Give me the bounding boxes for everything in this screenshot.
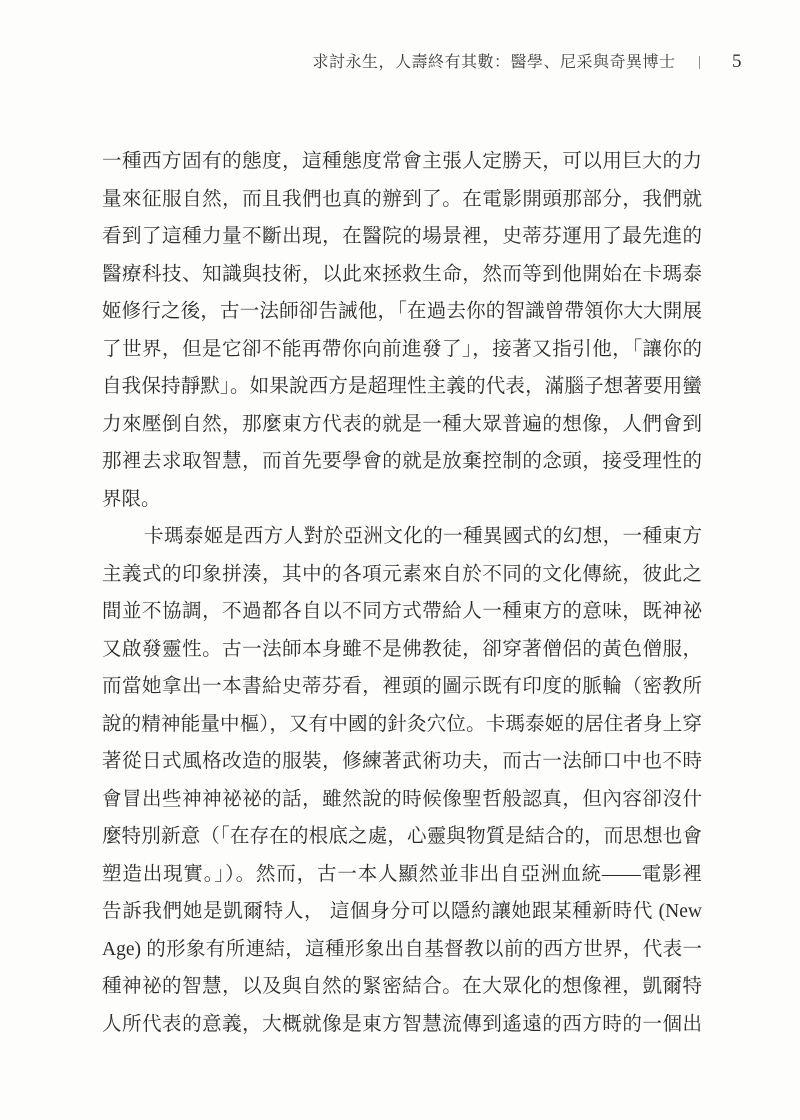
text-line: 力來壓倒自然，那麼東方代表的就是一種大眾普遍的想像，人們會到 <box>102 406 702 444</box>
text-line: 人所代表的意義，大概就像是東方智慧流傳到遙遠的西方時的一個出 <box>102 1006 702 1044</box>
running-head-title: 求討永生，人壽終有其數：醫學、尼采與奇異博士 <box>312 54 675 71</box>
text-line: 界限。 <box>102 481 702 519</box>
text-line: Age) 的形象有所連結，這種形象出自基督教以前的西方世界，代表一 <box>102 931 702 969</box>
text-line: 間並不協調，不過都各自以不同方式帶給人一種東方的意味，既神祕 <box>102 593 702 631</box>
text-line: 那裡去求取智慧，而首先要學會的就是放棄控制的念頭，接受理性的 <box>102 443 702 481</box>
paragraph: 一種西方固有的態度，這種態度常會主張人定勝天，可以用巨大的力量來征服自然，而且我… <box>102 143 702 518</box>
text-line: 著從日式風格改造的服裝，修練著武術功夫，而古一法師口中也不時 <box>102 743 702 781</box>
text-line: 一種西方固有的態度，這種態度常會主張人定勝天，可以用巨大的力 <box>102 143 702 181</box>
text-line: 說的精神能量中樞），又有中國的針灸穴位。卡瑪泰姬的居住者身上穿 <box>102 706 702 744</box>
text-line: 主義式的印象拼湊，其中的各項元素來自於不同的文化傳統，彼此之 <box>102 556 702 594</box>
text-line: 又啟發靈性。古一法師本身雖不是佛教徒，卻穿著僧侶的黃色僧服， <box>102 631 702 669</box>
text-line: 麼特別新意（「在存在的根底之處，心靈與物質是結合的，而思想也會 <box>102 818 702 856</box>
text-line: 看到了這種力量不斷出現，在醫院的場景裡，史蒂芬運用了最先進的 <box>102 218 702 256</box>
paragraph: 卡瑪泰姬是西方人對於亞洲文化的一種異國式的幻想，一種東方主義式的印象拼湊，其中的… <box>102 518 702 1043</box>
text-line: 卡瑪泰姬是西方人對於亞洲文化的一種異國式的幻想，一種東方 <box>102 518 702 556</box>
running-head-separator: | <box>698 50 702 74</box>
text-line: 塑造出現實。」）。然而，古一本人顯然並非出自亞洲血統——電影裡 <box>102 856 702 894</box>
page-number: 5 <box>732 51 742 72</box>
text-line: 量來征服自然，而且我們也真的辦到了。在電影開頭那部分，我們就 <box>102 181 702 219</box>
book-page: 求討永生，人壽終有其數：醫學、尼采與奇異博士 | 5 一種西方固有的態度，這種態… <box>0 0 800 1120</box>
text-line: 醫療科技、知識與技術，以此來拯救生命，然而等到他開始在卡瑪泰 <box>102 256 702 294</box>
body-text: 一種西方固有的態度，這種態度常會主張人定勝天，可以用巨大的力量來征服自然，而且我… <box>102 143 702 1043</box>
text-line: 姬修行之後，古一法師卻告誡他，「在過去你的智識曾帶領你大大開展 <box>102 293 702 331</box>
text-line: 自我保持靜默」。如果說西方是超理性主義的代表，滿腦子想著要用蠻 <box>102 368 702 406</box>
text-line: 會冒出些神神祕祕的話，雖然說的時候像聖哲般認真，但內容卻沒什 <box>102 781 702 819</box>
text-line: 種神祕的智慧，以及與自然的緊密結合。在大眾化的想像裡，凱爾特 <box>102 968 702 1006</box>
text-line: 告訴我們她是凱爾特人， 這個身分可以隱約讓她跟某種新時代 (New <box>102 893 702 931</box>
text-line: 了世界，但是它卻不能再帶你向前進發了」，接著又指引他，「讓你的 <box>102 331 702 369</box>
running-head: 求討永生，人壽終有其數：醫學、尼采與奇異博士 | 5 <box>312 50 742 75</box>
text-line: 而當她拿出一本書給史蒂芬看，裡頭的圖示既有印度的脈輪（密教所 <box>102 668 702 706</box>
